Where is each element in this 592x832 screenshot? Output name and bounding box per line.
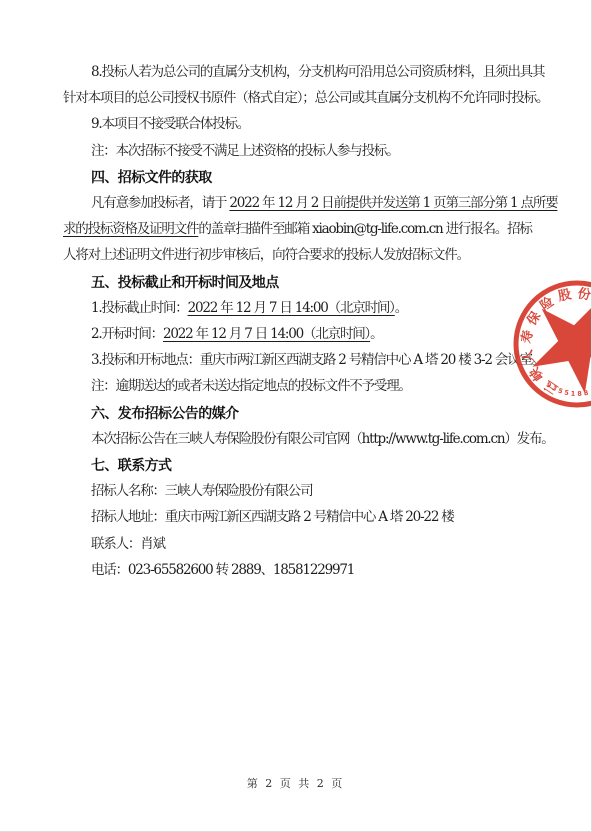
- text-run: 9.本项目不接受联合体投标。: [91, 116, 249, 132]
- doc-line: 电话：023-65582600 转 2889、18581229971: [63, 557, 545, 583]
- text-run: 招标人地址：重庆市两江新区西湖支路 2 号精信中心 A 塔 20-22 楼: [91, 509, 454, 525]
- doc-line: 凡有意参加投标者，请于 2022 年 12 月 2 日前提供并发送第 1 页第三…: [63, 190, 545, 216]
- underlined-text: 求的投标资格及证明文件: [63, 221, 198, 237]
- doc-line: 针对本项目的总公司授权书原件（格式自定）；总公司或其直属分支机构不允许同时投标。: [63, 85, 545, 111]
- section-heading: 七、联系方式: [63, 452, 545, 478]
- doc-line: 注：逾期送达的或者未送达指定地点的投标文件不予受理。: [63, 373, 545, 399]
- doc-line: 1.投标截止时间：2022 年 12 月 7 日 14:00（北京时间）。: [63, 295, 545, 321]
- doc-line: 8.投标人若为总公司的直属分支机构，分支机构可沿用总公司资质材料，且须出具其: [63, 59, 545, 85]
- text-run: 五、投标截止和开标时间及地点: [91, 274, 279, 290]
- seal-serial-number: 9355188: [545, 381, 591, 398]
- doc-line: 招标人名称：三峡人寿保险股份有限公司: [63, 478, 545, 504]
- doc-line: 人将对上述证明文件进行初步审核后，向符合要求的投标人发放招标文件。: [63, 242, 545, 268]
- text-run: 人将对上述证明文件进行初步审核后，向符合要求的投标人发放招标文件。: [63, 247, 469, 263]
- text-run: 七、联系方式: [91, 457, 171, 473]
- underlined-text: 2022 年 12 月 7 日 14:00（北京时间）: [163, 326, 370, 342]
- section-heading: 四、招标文件的获取: [63, 164, 545, 190]
- document-body: 8.投标人若为总公司的直属分支机构，分支机构可沿用总公司资质材料，且须出具其针对…: [63, 59, 545, 583]
- doc-line: 2.开标时间：2022 年 12 月 7 日 14:00（北京时间）。: [63, 321, 545, 347]
- text-run: 8.投标人若为总公司的直属分支机构，分支机构可沿用总公司资质材料，且须出具其: [91, 64, 544, 80]
- page-number-footer: 第 2 页 共 2 页: [0, 775, 591, 791]
- text-run: 3.投标和开标地点：重庆市两江新区西湖支路 2 号精信中心 A 塔 20 楼 3…: [91, 352, 544, 368]
- underlined-text: 2022 年 12 月 7 日 14:00（北京时间）: [188, 300, 395, 316]
- doc-line: 求的投标资格及证明文件的盖章扫描件至邮箱 xiaobin@tg-life.com…: [63, 216, 545, 242]
- text-run: 。: [370, 326, 382, 342]
- text-run: 四、招标文件的获取: [91, 169, 212, 185]
- doc-line: 联系人：肖斌: [63, 531, 545, 557]
- text-run: 的盖章扫描件至邮箱 xiaobin@tg-life.com.cn 进行报名。招标: [198, 221, 531, 237]
- text-run: 招标人名称：三峡人寿保险股份有限公司: [91, 483, 312, 499]
- text-run: 电话：023-65582600 转 2889、18581229971: [91, 562, 354, 578]
- doc-line: 9.本项目不接受联合体投标。: [63, 111, 545, 137]
- document-page: 8.投标人若为总公司的直属分支机构，分支机构可沿用总公司资质材料，且须出具其针对…: [0, 0, 592, 832]
- text-run: 凡有意参加投标者，请于: [91, 195, 229, 211]
- doc-line: 本次招标公告在三峡人寿保险股份有限公司官网（http://www.tg-life…: [63, 426, 545, 452]
- doc-line: 招标人地址：重庆市两江新区西湖支路 2 号精信中心 A 塔 20-22 楼: [63, 504, 545, 530]
- doc-line: 注：本次招标不接受不满足上述资格的投标人参与投标。: [63, 138, 545, 164]
- section-heading: 五、投标截止和开标时间及地点: [63, 269, 545, 295]
- section-heading: 六、发布招标公告的媒介: [63, 400, 545, 426]
- text-run: 联系人：肖斌: [91, 536, 165, 552]
- text-run: 六、发布招标公告的媒介: [91, 405, 238, 421]
- underlined-text: 2022 年 12 月 2 日前提供并发送第 1 页第三部分第 1 点所要: [229, 195, 557, 211]
- text-run: 注：逾期送达的或者未送达指定地点的投标文件不予受理。: [91, 378, 411, 394]
- text-run: 本次招标公告在三峡人寿保险股份有限公司官网（http://www.tg-life…: [91, 431, 554, 447]
- text-run: 针对本项目的总公司授权书原件（格式自定）；总公司或其直属分支机构不允许同时投标。: [63, 90, 548, 106]
- text-run: 2.开标时间：: [91, 326, 163, 342]
- text-run: 1.投标截止时间：: [91, 300, 188, 316]
- doc-line: 3.投标和开标地点：重庆市两江新区西湖支路 2 号精信中心 A 塔 20 楼 3…: [63, 347, 545, 373]
- text-run: 注：本次招标不接受不满足上述资格的投标人参与投标。: [91, 143, 399, 159]
- text-run: 。: [395, 300, 407, 316]
